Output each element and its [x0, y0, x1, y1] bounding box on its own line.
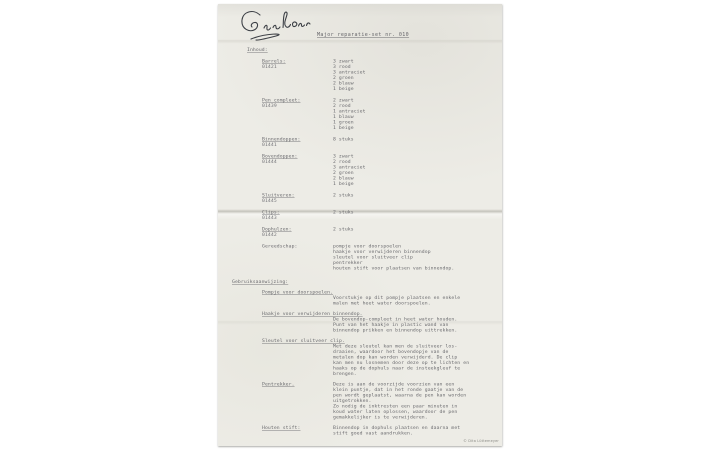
document-title: Major reparatie-set nr. 010: [317, 32, 409, 38]
section-label: Houten stift:: [262, 425, 333, 436]
inventory-item-binnendoppen: Binnendoppen: 01441 8 stuks: [262, 137, 502, 148]
item-code: 01439: [262, 103, 333, 109]
item-code: 01445: [262, 198, 333, 204]
instruction-section-houten-stift: Houten stift: Binnendop in dophuls plaat…: [262, 425, 502, 436]
photo-background: Major reparatie-set nr. 010 Inhoud: Barr…: [0, 0, 720, 450]
item-value: 1 beige: [333, 86, 366, 92]
item-value: 8 stuks: [333, 137, 354, 143]
item-code: 01421: [262, 64, 333, 70]
document-body: Inhoud: Barrels: 01421 3 zwart 3 rood 3 …: [218, 47, 502, 436]
instruction-section-haakje: Haakje voor verwijderen binnendop. De bo…: [262, 311, 502, 333]
inventory-item-dophulzen: Dophulzen: 01442 2 stuks: [262, 227, 502, 238]
item-code: 01443: [262, 215, 333, 221]
inventory-item-barrels: Barrels: 01421 3 zwart 3 rood 3 antracie…: [262, 59, 502, 92]
item-value: 1 beige: [333, 181, 366, 187]
section-label: Pentrekker.: [262, 382, 333, 421]
item-code: 01441: [262, 142, 333, 148]
copyright-credit: © Dita Lüttemeyer: [463, 439, 499, 443]
instruction-section-pentrekker: Pentrekker. Deze is aan de voorzijde voo…: [262, 382, 502, 421]
item-value: 2 stuks: [333, 193, 354, 199]
inventory-item-pen-compleet: Pen compleet: 01439 2 zwart 2 rood 1 ant…: [262, 98, 502, 131]
section-line: gemakkelijker is te verwijderen.: [333, 415, 466, 421]
inventory-item-sluitveren: Sluitveren: 01445 2 stuks: [262, 193, 502, 204]
section-line: binnendop prikken en binnendop uittrekke…: [333, 328, 502, 334]
instruction-section-sleutel: Sleutel voor sluitveer clip. Met deze sl…: [262, 338, 502, 377]
tool-line: houten stift voor plaatsen van binnendop…: [333, 266, 454, 272]
instruction-section-pompje: Pompje voor doorspoelen. Voorstukje op d…: [262, 290, 502, 307]
section-line: brengen.: [333, 371, 502, 377]
item-value: 2 stuks: [333, 210, 354, 216]
inhoud-heading: Inhoud:: [247, 47, 502, 53]
handwritten-gimborn-signature: [237, 7, 327, 50]
item-value: 2 stuks: [333, 227, 354, 233]
item-label: Gereedschap:: [262, 244, 333, 250]
section-line: malen met heet water doorspoelen.: [333, 301, 502, 307]
scanned-document-paper: Major reparatie-set nr. 010 Inhoud: Barr…: [218, 4, 502, 446]
section-line: stift goed vast aandrukken.: [333, 431, 460, 437]
inventory-item-clips: Clips: 01443 2 stuks: [262, 210, 502, 221]
item-value: 1 beige: [333, 125, 366, 131]
gebruiksaanwijzing-heading: Gebruiksaanwijzing:: [232, 279, 502, 285]
item-code: 01442: [262, 232, 333, 238]
inventory-item-gereedschap: Gereedschap: pompje voor doorspoelen haa…: [262, 244, 502, 272]
item-code: 01444: [262, 159, 333, 165]
inventory-item-bovendoppen: Bovendoppen: 01444 3 zwart 2 rood 3 antr…: [262, 154, 502, 187]
